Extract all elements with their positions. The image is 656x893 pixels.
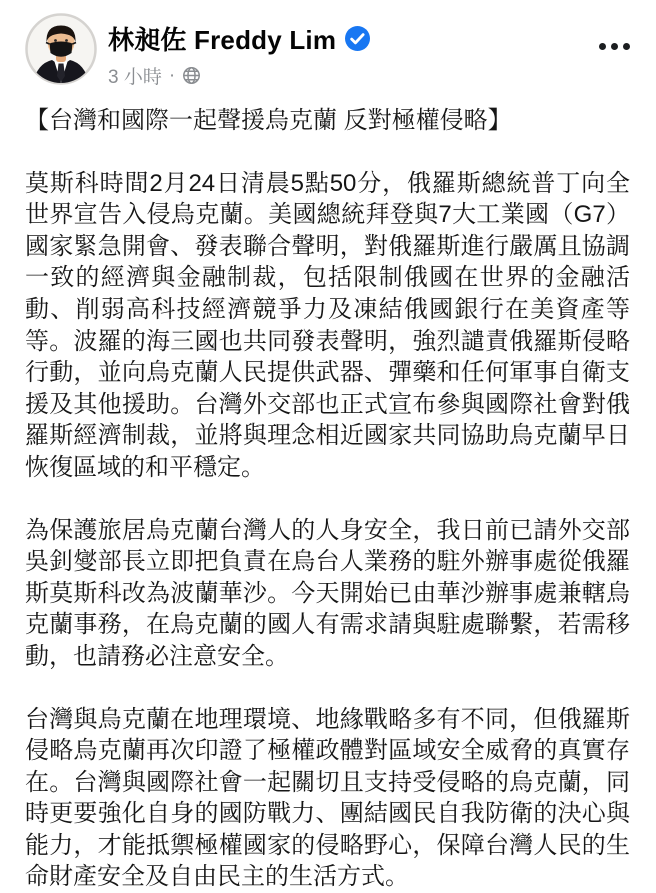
meta-separator: ·	[169, 65, 175, 87]
globe-public-icon	[182, 66, 201, 85]
post-header: 林昶佐 Freddy Lim 3 小時 ·	[0, 0, 656, 89]
dot-icon	[599, 43, 606, 50]
profile-avatar[interactable]	[25, 13, 97, 85]
post-title: 【台灣和國際一起聲援烏克蘭 反對極權侵略】	[25, 105, 630, 137]
post-paragraph-3: 台灣與烏克蘭在地理環境、地緣戰略多有不同，但俄羅斯侵略烏克蘭再次印證了極權政體對…	[25, 704, 630, 893]
profile-name[interactable]: 林昶佐 Freddy Lim	[108, 20, 336, 57]
verified-badge-icon	[345, 26, 370, 51]
post-paragraph-2: 為保護旅居烏克蘭台灣人的人身安全，我日前已請外交部吳釗燮部長立即把負責在烏台人業…	[25, 515, 630, 673]
more-options-button[interactable]	[597, 39, 632, 54]
post-timestamp[interactable]: 3 小時	[108, 62, 162, 89]
avatar-illustration	[25, 13, 97, 85]
header-info: 林昶佐 Freddy Lim 3 小時 ·	[108, 13, 597, 89]
post-content: 【台灣和國際一起聲援烏克蘭 反對極權侵略】 莫斯科時間2月24日清晨5點50分，…	[0, 89, 656, 893]
dot-icon	[623, 43, 630, 50]
post-paragraph-1: 莫斯科時間2月24日清晨5點50分，俄羅斯總統普丁向全世界宣告入侵烏克蘭。美國總…	[25, 168, 630, 484]
dot-icon	[611, 43, 618, 50]
